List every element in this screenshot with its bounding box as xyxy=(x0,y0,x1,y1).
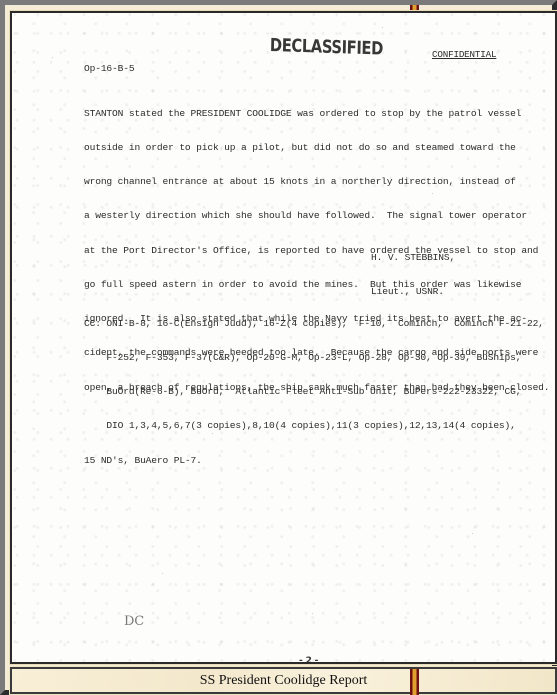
classification-label: CONFIDENTIAL xyxy=(432,49,496,60)
paragraph-line: at the Port Director's Office, is report… xyxy=(84,245,554,256)
signature-name: H. V. STEBBINS, xyxy=(371,252,455,263)
faded-stamp: DC xyxy=(124,616,144,627)
scan-speck xyxy=(162,573,163,574)
cc-line: CC: ONI-B-8, 16-C(Ensign Judd), 16-Z(4 c… xyxy=(84,318,544,329)
viewer-frame: DECLASSIFIED CONFIDENTIAL Op-16-B-5 STAN… xyxy=(0,0,557,695)
document-content: DECLASSIFIED CONFIDENTIAL Op-16-B-5 STAN… xyxy=(12,13,555,662)
paragraph-line: go full speed astern in order to avoid t… xyxy=(84,279,554,290)
cc-line: 15 ND's, BuAero PL-7. xyxy=(84,455,544,466)
scan-speck xyxy=(382,27,383,28)
cc-line: DIO 1,3,4,5,6,7(3 copies),8,10(4 copies)… xyxy=(84,420,544,431)
declassified-stamp: DECLASSIFIED xyxy=(270,40,383,55)
caption-bar: SS President Coolidge Report xyxy=(10,667,557,694)
scan-speck xyxy=(312,613,313,614)
scan-speck xyxy=(472,533,473,534)
page-number: - 2 - xyxy=(299,656,318,664)
cc-line: BuOrd(Re-6-B), BuOrd, Atlantic Fleet Ant… xyxy=(84,386,544,397)
document-caption: SS President Coolidge Report xyxy=(200,673,368,689)
cc-line: F-252, F-353, F-37(C&R), Op-20-G-M, Op-2… xyxy=(84,352,544,363)
distribution-list: CC: ONI-B-8, 16-C(Ensign Judd), 16-Z(4 c… xyxy=(84,295,544,489)
paragraph-line: STANTON stated the PRESIDENT COOLIDGE wa… xyxy=(84,108,554,119)
paragraph-line: a westerly direction which she should ha… xyxy=(84,210,554,221)
scan-speck xyxy=(52,57,53,58)
reference-number: Op-16-B-5 xyxy=(84,63,134,74)
document-page: DECLASSIFIED CONFIDENTIAL Op-16-B-5 STAN… xyxy=(10,11,557,664)
bookmark-ribbon-bottom xyxy=(410,669,419,695)
paragraph-line: outside in order to pick up a pilot, but… xyxy=(84,142,554,153)
paragraph-line: wrong channel entrance at about 15 knots… xyxy=(84,176,554,187)
